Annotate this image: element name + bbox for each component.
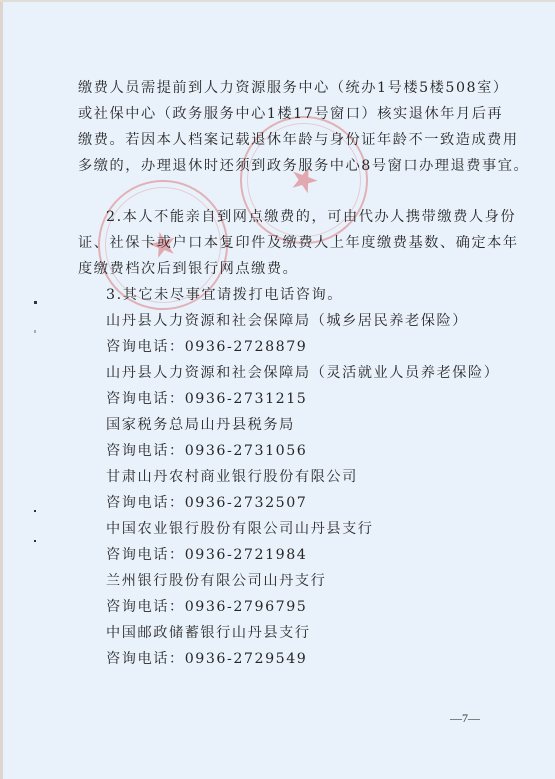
contact-org: 山丹县人力资源和社会保障局（灵活就业人员养老保险）	[106, 363, 499, 383]
contact-phone-row: 咨询电话：0936-2728879	[106, 337, 307, 357]
contact-phone-number: 0936-2728879	[185, 339, 308, 355]
contact-org: 兰州银行股份有限公司山丹支行	[106, 571, 326, 591]
contact-org: 中国农业银行股份有限公司山丹县支行	[106, 519, 374, 539]
paragraph-2-line-3: 度缴费档次后到银行网点缴费。	[78, 259, 298, 279]
paragraph-1-line-3: 缴费。若因本人档案记载退休年龄与身份证年龄不一致造成费用	[78, 130, 519, 150]
contact-phone-row: 咨询电话：0936-2721984	[106, 545, 307, 565]
contact-phone-label: 咨询电话：	[106, 495, 185, 511]
contact-phone-row: 咨询电话：0936-2729549	[106, 649, 307, 669]
contact-phone-row: 咨询电话：0936-2732507	[106, 493, 307, 513]
contact-phone-number: 0936-2731215	[185, 391, 308, 407]
page-number: —7—	[450, 711, 480, 726]
contact-org: 中国邮政储蓄银行山丹县支行	[106, 623, 311, 643]
scan-mark	[34, 540, 36, 542]
contact-phone-label: 咨询电话：	[106, 651, 185, 667]
scan-mark	[34, 301, 37, 304]
paragraph-1-line-4: 多缴的，办理退休时还须到政务服务中心8号窗口办理退费事宜。	[78, 156, 529, 176]
contact-phone-number: 0936-2796795	[185, 599, 308, 615]
contact-phone-row: 咨询电话：0936-2731056	[106, 441, 307, 461]
contact-phone-row: 咨询电话：0936-2731215	[106, 389, 307, 409]
document-page: ★ ★ 缴费人员需提前到人力资源服务中心（统办1号楼5楼508室） 或社保中心（…	[0, 0, 555, 779]
scan-mark	[34, 510, 36, 512]
contact-phone-label: 咨询电话：	[106, 599, 185, 615]
contact-phone-number: 0936-2731056	[185, 443, 308, 459]
paragraph-3-line-1: 3.其它未尽事宜请拨打电话咨询。	[106, 285, 343, 305]
contact-phone-number: 0936-2732507	[185, 495, 308, 511]
contact-org: 甘肃山丹农村商业银行股份有限公司	[106, 467, 358, 487]
contact-phone-label: 咨询电话：	[106, 547, 185, 563]
paragraph-2-line-1: 2.本人不能亲自到网点缴费的，可由代办人携带缴费人身份	[106, 207, 516, 227]
contact-phone-number: 0936-2721984	[185, 547, 308, 563]
contact-phone-number: 0936-2729549	[185, 651, 308, 667]
scan-mark	[34, 330, 36, 333]
contact-phone-label: 咨询电话：	[106, 339, 185, 355]
contact-org: 山丹县人力资源和社会保障局（城乡居民养老保险）	[106, 311, 468, 331]
contact-phone-row: 咨询电话：0936-2796795	[106, 597, 307, 617]
contact-org: 国家税务总局山丹县税务局	[106, 415, 295, 435]
contact-phone-label: 咨询电话：	[106, 443, 185, 459]
paragraph-1-line-2: 或社保中心（政务服务中心1楼17号窗口）核实退休年月后再	[78, 104, 503, 124]
paragraph-1-line-1: 缴费人员需提前到人力资源服务中心（统办1号楼5楼508室）	[78, 78, 509, 98]
contact-phone-label: 咨询电话：	[106, 391, 185, 407]
paragraph-2-line-2: 证、社保卡或户口本复印件及缴费人上年度缴费基数、确定本年	[78, 233, 519, 253]
